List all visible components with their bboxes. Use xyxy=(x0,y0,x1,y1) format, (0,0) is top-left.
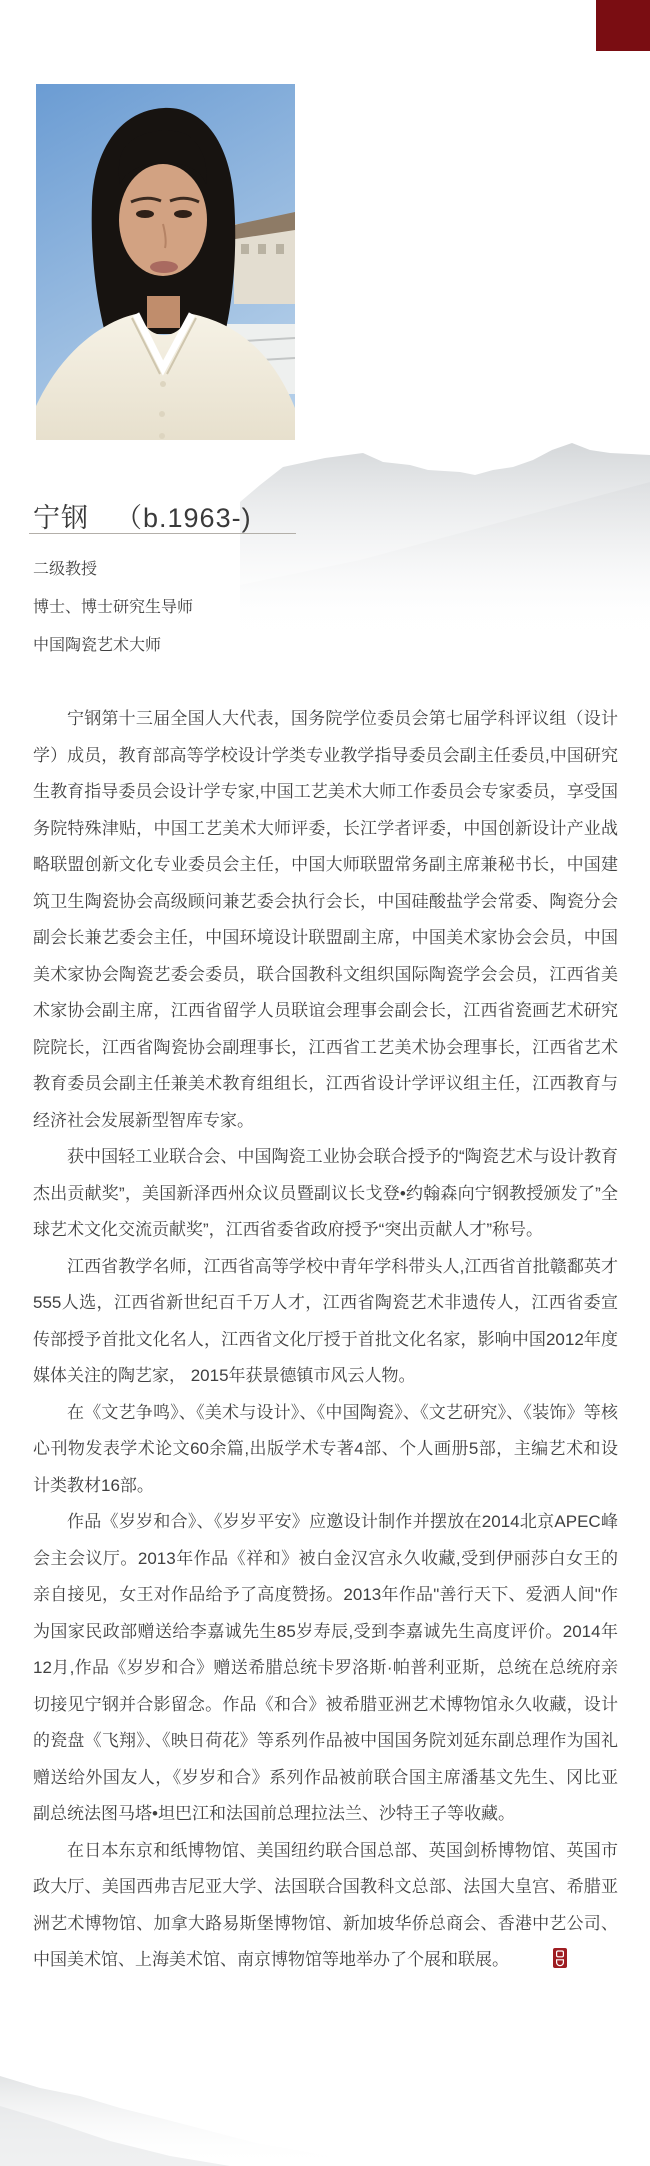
artist-name: 宁钢（b.1963-) xyxy=(33,496,593,535)
biography-page: 宁钢（b.1963-) 二级教授 博士、博士研究生导师 中国陶瓷艺术大师 宁钢第… xyxy=(0,0,650,2166)
biography-text: 宁钢第十三届全国人大代表，国务院学位委员会第七届学科评议组（设计学）成员，教育部… xyxy=(33,701,618,1979)
artist-name-text: 宁钢 xyxy=(33,503,89,533)
name-divider xyxy=(29,533,296,534)
bio-paragraph: 获中国轻工业联合会、中国陶瓷工业协会联合授予的“陶瓷艺术与设计教育杰出贡献奖”，… xyxy=(33,1139,618,1249)
bio-paragraph: 在日本东京和纸博物馆、美国纽约联合国总部、英国剑桥博物馆、英国市政大厅、美国西弗… xyxy=(33,1833,618,1979)
artist-titles: 二级教授 博士、博士研究生导师 中国陶瓷艺术大师 xyxy=(33,551,453,665)
bio-paragraph: 宁钢第十三届全国人大代表，国务院学位委员会第七届学科评议组（设计学）成员，教育部… xyxy=(33,701,618,1139)
artist-title-line: 博士、博士研究生导师 xyxy=(33,589,453,627)
brand-corner-block xyxy=(596,0,650,51)
bio-paragraph: 作品《岁岁和合》、《岁岁平安》应邀设计制作并摆放在2014北京APEC峰会主会议… xyxy=(33,1504,618,1833)
artist-life-dates: （b.1963-) xyxy=(115,503,252,533)
artist-seal-icon xyxy=(519,1948,533,1968)
portrait-photo xyxy=(36,84,295,440)
artist-title-line: 二级教授 xyxy=(33,551,453,589)
bio-paragraph: 在《文艺争鸣》、《美术与设计》、《中国陶瓷》、《文艺研究》、《装饰》等核心刊物发… xyxy=(33,1395,618,1505)
bio-paragraph: 江西省教学名师，江西省高等学校中青年学科带头人,江西省首批赣鄱英才555人选，江… xyxy=(33,1249,618,1395)
mountain-watermark-bottom xyxy=(0,2036,330,2166)
artist-title-line: 中国陶瓷艺术大师 xyxy=(33,627,453,665)
